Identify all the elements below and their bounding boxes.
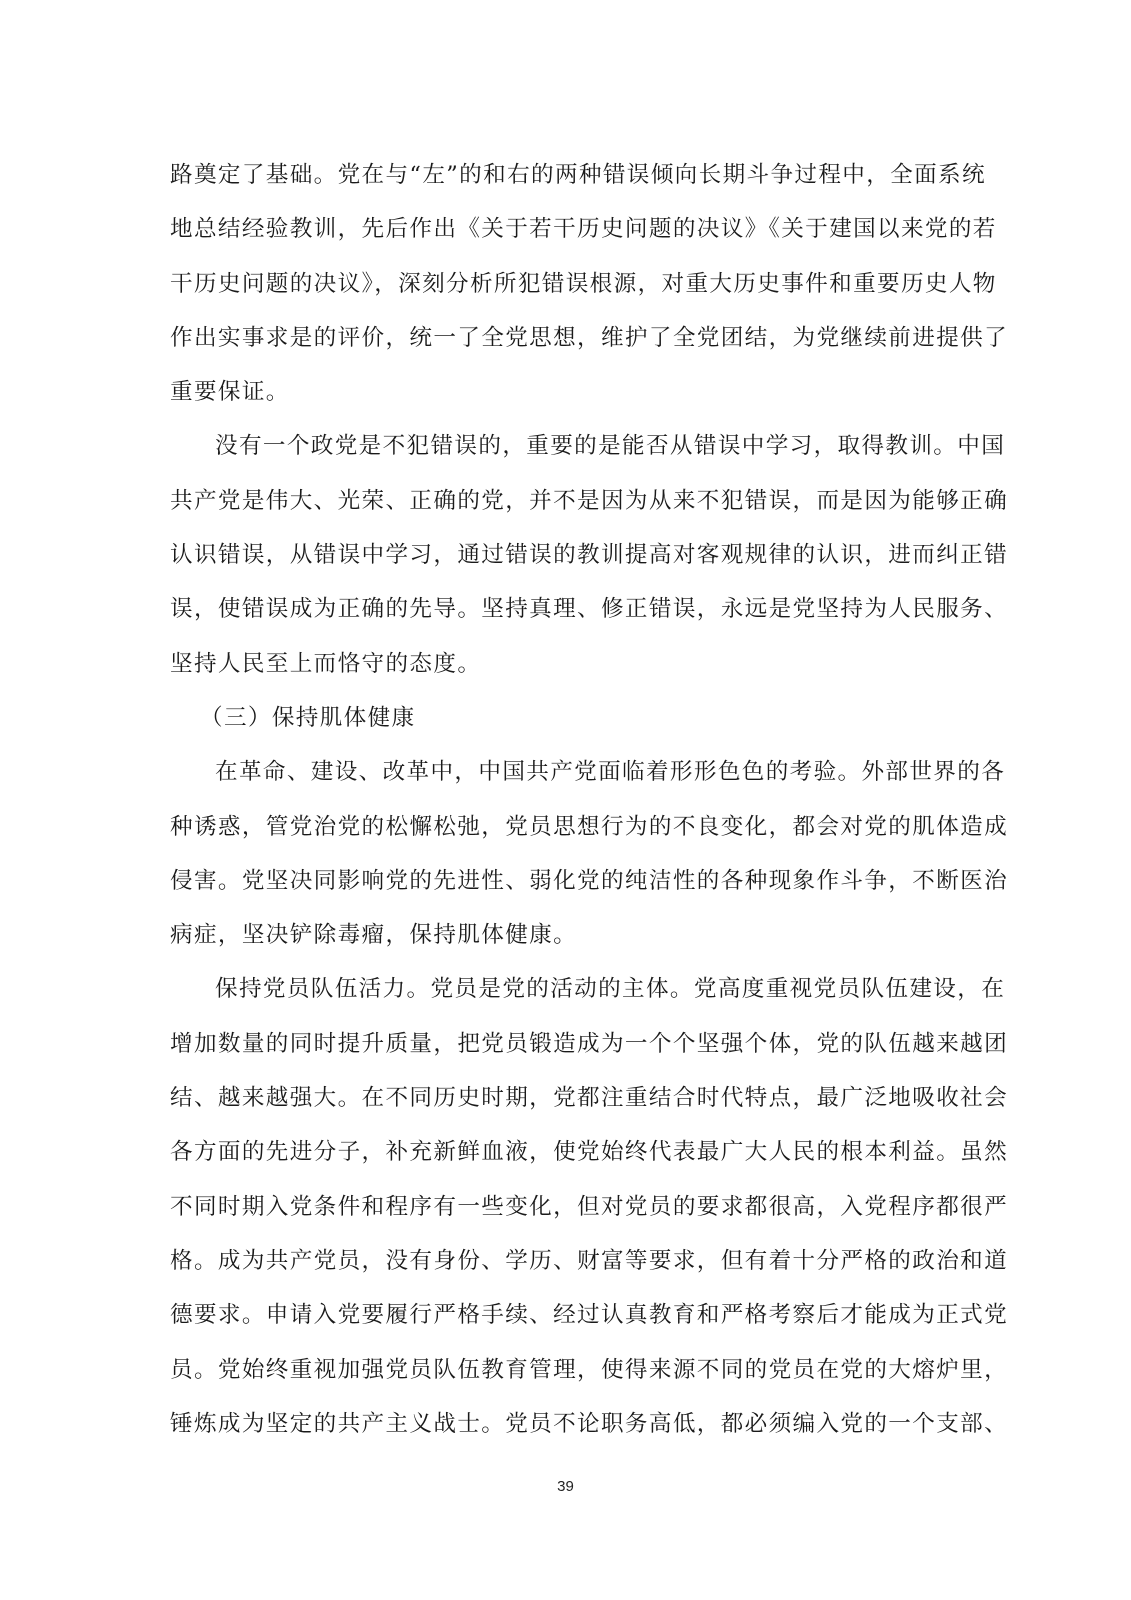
paragraph-continuation: 路奠定了基础。党在与“左”的和右的两种错误倾向长期斗争过程中，全面系统 地总结经…	[170, 148, 960, 419]
text-line: 侵害。党坚决同影响党的先进性、弱化党的纯洁性的各种现象作斗争，不断医治	[170, 854, 960, 908]
document-page-body: 路奠定了基础。党在与“左”的和右的两种错误倾向长期斗争过程中，全面系统 地总结经…	[170, 148, 960, 1451]
text-line: 路奠定了基础。党在与“左”的和右的两种错误倾向长期斗争过程中，全面系统	[170, 148, 960, 202]
text-line: 不同时期入党条件和程序有一些变化，但对党员的要求都很高，入党程序都很严	[170, 1180, 960, 1234]
text-line: 德要求。申请入党要履行严格手续、经过认真教育和严格考察后才能成为正式党	[170, 1288, 960, 1342]
text-line: 各方面的先进分子，补充新鲜血液，使党始终代表最广大人民的根本利益。虽然	[170, 1125, 960, 1179]
text-line: 地总结经验教训，先后作出《关于若干历史问题的决议》《关于建国以来党的若	[170, 202, 960, 256]
section-heading: （三）保持肌体健康	[170, 691, 960, 745]
section-heading-text: （三）保持肌体健康	[170, 691, 960, 745]
text-line: 种诱惑，管党治党的松懈松弛，党员思想行为的不良变化，都会对党的肌体造成	[170, 800, 960, 854]
text-line: 坚持人民至上而恪守的态度。	[170, 637, 960, 691]
text-line: 重要保证。	[170, 365, 960, 419]
paragraph-body-health: 在革命、建设、改革中，中国共产党面临着形形色色的考验。外部世界的各 种诱惑，管党…	[170, 745, 960, 962]
text-line: 共产党是伟大、光荣、正确的党，并不是因为从来不犯错误，而是因为能够正确	[170, 474, 960, 528]
paragraph-errors: 没有一个政党是不犯错误的，重要的是能否从错误中学习，取得教训。中国 共产党是伟大…	[170, 419, 960, 690]
text-line: 认识错误，从错误中学习，通过错误的教训提高对客观规律的认识，进而纠正错	[170, 528, 960, 582]
text-line: 保持党员队伍活力。党员是党的活动的主体。党高度重视党员队伍建设，在	[170, 962, 960, 1016]
text-line: 结、越来越强大。在不同历史时期，党都注重结合时代特点，最广泛地吸收社会	[170, 1071, 960, 1125]
text-line: 在革命、建设、改革中，中国共产党面临着形形色色的考验。外部世界的各	[170, 745, 960, 799]
text-line: 锤炼成为坚定的共产主义战士。党员不论职务高低，都必须编入党的一个支部、	[170, 1397, 960, 1451]
text-line: 格。成为共产党员，没有身份、学历、财富等要求，但有着十分严格的政治和道	[170, 1234, 960, 1288]
text-line: 员。党始终重视加强党员队伍教育管理，使得来源不同的党员在党的大熔炉里，	[170, 1343, 960, 1397]
text-line: 干历史问题的决议》，深刻分析所犯错误根源，对重大历史事件和重要历史人物	[170, 257, 960, 311]
text-line: 增加数量的同时提升质量，把党员锻造成为一个个坚强个体，党的队伍越来越团	[170, 1017, 960, 1071]
text-line: 误，使错误成为正确的先导。坚持真理、修正错误，永远是党坚持为人民服务、	[170, 582, 960, 636]
text-line: 作出实事求是的评价，统一了全党思想，维护了全党团结，为党继续前进提供了	[170, 311, 960, 365]
text-line: 没有一个政党是不犯错误的，重要的是能否从错误中学习，取得教训。中国	[170, 419, 960, 473]
text-line: 病症，坚决铲除毒瘤，保持肌体健康。	[170, 908, 960, 962]
page-number: 39	[0, 1478, 1131, 1495]
paragraph-member-vitality: 保持党员队伍活力。党员是党的活动的主体。党高度重视党员队伍建设，在 增加数量的同…	[170, 962, 960, 1451]
